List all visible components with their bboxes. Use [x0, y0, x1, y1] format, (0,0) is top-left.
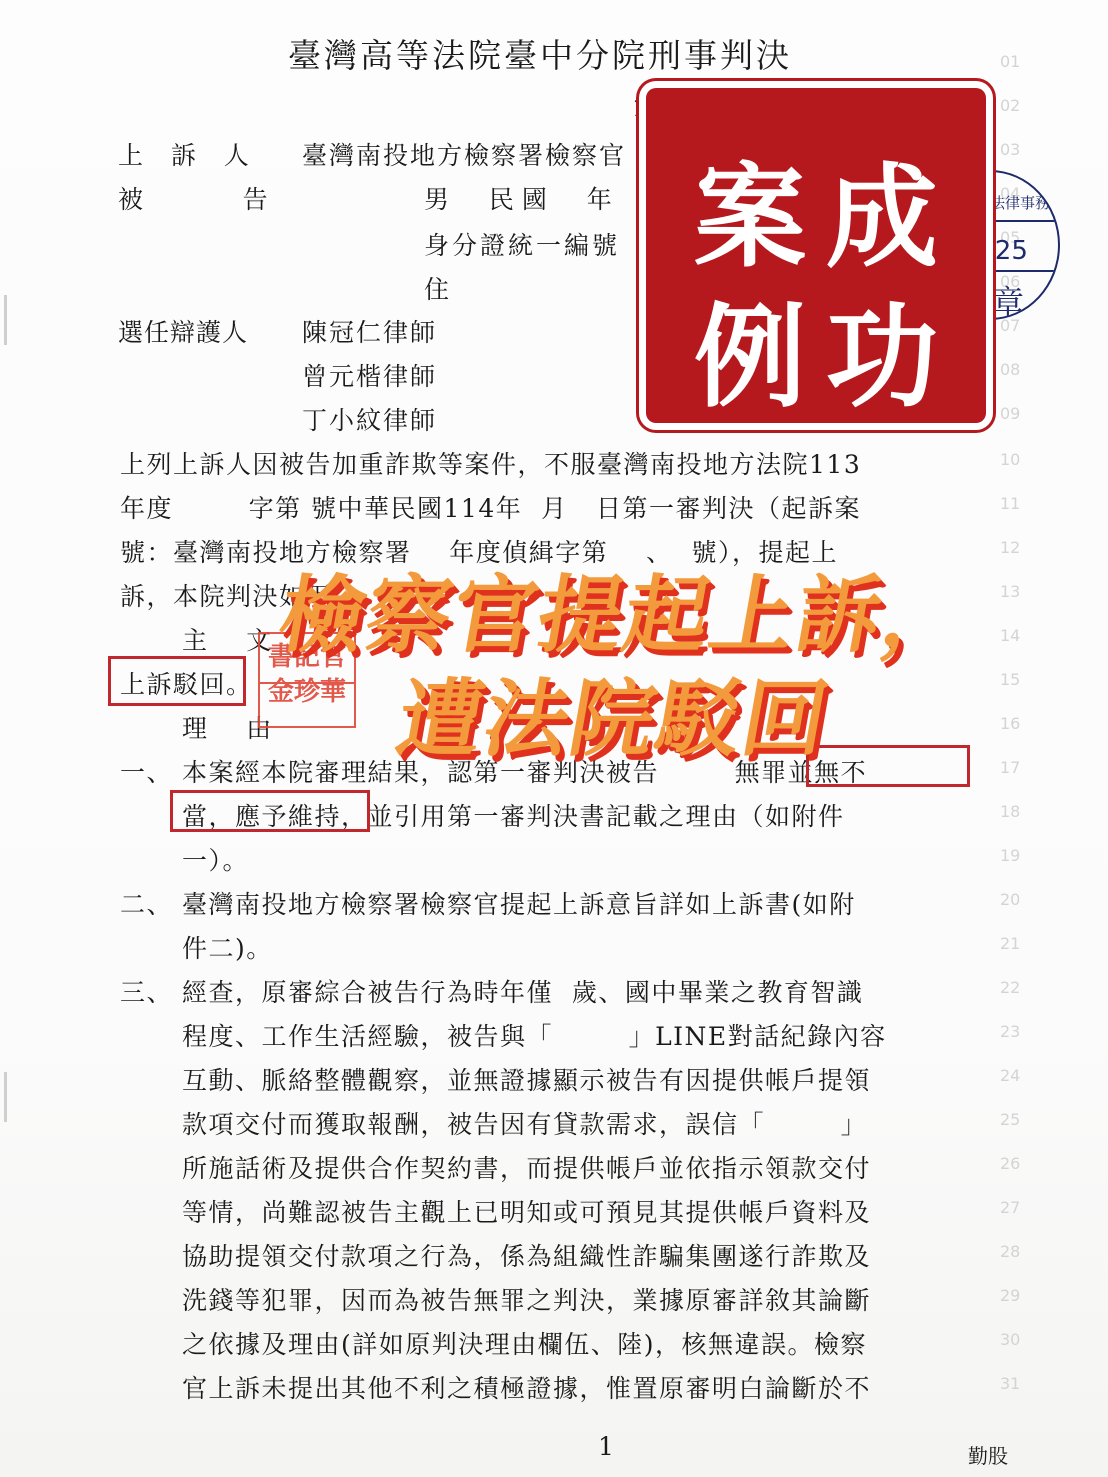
seal-glyph: 例	[694, 268, 806, 429]
line-number: 19	[1000, 846, 1020, 865]
division-label: 勤股	[968, 1440, 1008, 1469]
intro-line: 年度 字第 號中華民國114年 月 日第一審判決（起訴案	[120, 489, 861, 525]
reason-line: 洗錢等犯罪，因而為被告無罪之判決，業據原審詳敘其論斷	[182, 1281, 871, 1317]
line-number: 22	[1000, 978, 1020, 997]
reason-line: 款項交付而獲取報酬，被告因有貸款需求，誤信「 」	[182, 1105, 867, 1141]
binding-mark	[4, 1072, 7, 1122]
line-number: 29	[1000, 1286, 1020, 1305]
reason-line: 之依據及理由(詳如原判決理由欄伍、陸)，核無違誤。檢察	[182, 1325, 867, 1361]
line-number: 17	[1000, 758, 1020, 777]
line-number: 30	[1000, 1330, 1020, 1349]
party-value-address: 住	[424, 270, 453, 306]
party-role-appellant: 上 訴 人	[118, 136, 253, 172]
reason-marker: 三、	[120, 973, 173, 1009]
line-number: 15	[1000, 670, 1020, 689]
line-number: 16	[1000, 714, 1020, 733]
seal-glyph: 案	[694, 128, 806, 289]
judgment-page: 臺灣高等法院臺中分院刑事判決 114年度 字第 號 上 訴 人 臺灣南投地方檢察…	[0, 0, 1108, 1477]
line-number: 23	[1000, 1022, 1020, 1041]
reason-line: 經查，原審綜合被告行為時年僅 歲、國中畢業之教育智識	[182, 973, 863, 1009]
line-number: 03	[1000, 140, 1020, 159]
counsel-name: 丁小紋律師	[302, 401, 437, 437]
reason-line: 協助提領交付款項之行為，係為組織性詐騙集團遂行詐欺及	[182, 1237, 871, 1273]
party-role-defendant: 被 告	[118, 180, 272, 216]
line-number: 13	[1000, 582, 1020, 601]
headline-line-1: 檢察官提起上訴，	[271, 548, 980, 669]
highlight-upheld	[170, 790, 370, 832]
line-number: 02	[1000, 96, 1020, 115]
reason-line: 官上訴未提出其他不利之積極證據，惟置原審明白論斷於不	[182, 1369, 871, 1405]
document-title: 臺灣高等法院臺中分院刑事判決	[0, 30, 1080, 77]
party-value-appellant: 臺灣南投地方檢察署檢察官	[302, 136, 626, 172]
clerk-seal-name: 金珍華	[260, 675, 354, 710]
success-case-seal: 成 功 案 例	[646, 88, 986, 423]
reason-line: 一）。	[182, 841, 249, 877]
line-number: 24	[1000, 1066, 1020, 1085]
reason-line: 互動、脈絡整體觀察，並無證據顯示被告有因提供帳戶提領	[182, 1061, 871, 1097]
reason-line: 等情，尚難認被告主觀上已明知或可預見其提供帳戶資料及	[182, 1193, 871, 1229]
line-number: 11	[1000, 494, 1020, 513]
line-number: 28	[1000, 1242, 1020, 1261]
line-number: 26	[1000, 1154, 1020, 1173]
counsel-name: 曾元楷律師	[302, 357, 437, 393]
highlight-appeal-dismissed	[108, 656, 246, 706]
reason-line: 臺灣南投地方檢察署檢察官提起上訴意旨詳如上訴書(如附	[182, 885, 856, 921]
highlight-not-guilty	[806, 745, 970, 787]
line-number: 18	[1000, 802, 1020, 821]
line-number: 14	[1000, 626, 1020, 645]
line-number: 08	[1000, 360, 1020, 379]
party-value-id: 身分證統一編號	[424, 226, 620, 262]
line-number: 10	[1000, 450, 1020, 469]
line-number: 01	[1000, 52, 1020, 71]
clerk-seal-divider	[260, 682, 354, 684]
party-role-counsel: 選任辯護人	[118, 313, 248, 349]
intro-line: 上列上訴人因被告加重詐欺等案件，不服臺灣南投地方法院113	[120, 445, 861, 481]
reason-line: 件二)。	[182, 929, 273, 965]
line-number: 09	[1000, 404, 1020, 423]
line-number: 21	[1000, 934, 1020, 953]
reason-marker: 一、	[120, 753, 173, 789]
line-number: 07	[1000, 316, 1020, 335]
counsel-name: 陳冠仁律師	[302, 313, 437, 349]
reason-line: 所施話術及提供合作契約書，而提供帳戶並依指示領款交付	[182, 1149, 871, 1185]
reason-line: 程度、工作生活經驗，被告與「 」LINE對話紀錄內容	[182, 1017, 887, 1053]
headline-line-2: 遭法院駁回	[389, 652, 840, 773]
line-number: 31	[1000, 1374, 1020, 1393]
line-number: 12	[1000, 538, 1020, 557]
seal-glyph: 功	[826, 268, 938, 429]
line-number: 25	[1000, 1110, 1020, 1129]
page-number: 1	[598, 1432, 614, 1461]
binding-mark	[4, 295, 7, 345]
reason-marker: 二、	[120, 885, 173, 921]
seal-glyph: 成	[826, 128, 938, 289]
line-number: 20	[1000, 890, 1020, 909]
line-number: 27	[1000, 1198, 1020, 1217]
